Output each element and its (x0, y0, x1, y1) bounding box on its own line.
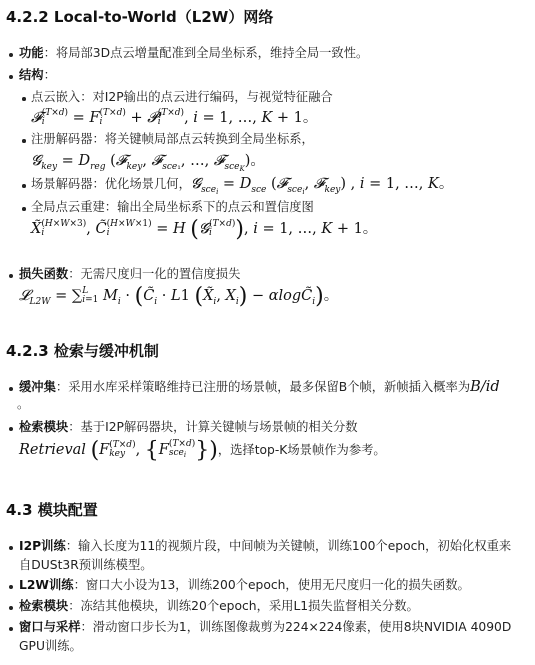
bullet-icon (22, 97, 26, 101)
section-heading-4-2-2: 4.2.2 Local-to-World（L2W）网络 (6, 6, 273, 27)
list-item-retrieval: 检索模块：基于I2P解码器块，计算关键帧与场景帧的相关分数 (19, 419, 358, 435)
bullet-icon (9, 274, 13, 278)
section-heading-4-3: 4.3 模块配置 (6, 499, 98, 520)
formula-insert-probability: B/id (470, 379, 499, 395)
bullet-icon (9, 606, 13, 610)
list-item-l2w-training: L2W训练：窗口大小设为13，训练200个epoch，使用无尺度归一化的损失函数… (19, 577, 470, 593)
formula-scene-decoder: 𝓖scei = Dsce (𝓕scei, 𝓕key) , i = 1, …, K… (191, 176, 454, 192)
list-item-i2p-training-cont: 自DUSt3R预训练模型。 (19, 557, 153, 573)
list-item-i2p-training: I2P训练：输入长度为11的视频片段，中间帧为关键帧，训练100个epoch，初… (19, 538, 511, 554)
bullet-icon (22, 139, 26, 143)
list-item-loss: 损失函数：无需尺度归一化的置信度损失 (19, 266, 240, 282)
list-item-function: 功能：将局部3D点云增量配准到全局坐标系，维持全局一致性。 (19, 45, 368, 61)
bullet-icon (22, 207, 26, 211)
bullet-icon (22, 184, 26, 188)
retrieval-formula-line: Retrieval (F(T×d)key, {F(T×d)scei})，选择to… (19, 438, 386, 463)
list-item-buffer: 缓冲集：采用水库采样策略维持已注册的场景帧，最多保留B个帧，新帧插入概率为B/i… (19, 379, 500, 395)
formula-registration-decoder: 𝓖key = Dreg (𝓕key, 𝓕sce₁, …, 𝓕sceK)。 (31, 149, 265, 173)
sub-item-point-embedding: 点云嵌入：对I2P输出的点云进行编码，与视觉特征融合 (31, 89, 333, 105)
list-item-window-sampling: 窗口与采样：滑动窗口步长为1，训练图像裁剪为224×224像素，使用8块NVID… (19, 619, 511, 635)
formula-retrieval: Retrieval (F(T×d)key, {F(T×d)scei}) (19, 442, 218, 458)
bullet-icon (9, 627, 13, 631)
formula-loss: 𝓛L2W = ∑Li=1 Mi · (C̃i · L1 (X̃i, Xi) − … (19, 284, 338, 309)
list-item-structure: 结构： (19, 67, 56, 83)
buffer-end-mark: 。 (17, 396, 29, 412)
bullet-icon (9, 53, 13, 57)
bullet-icon (9, 387, 13, 391)
bullet-icon (9, 546, 13, 550)
bullet-icon (9, 75, 13, 79)
sub-item-global-reconstruction: 全局点云重建：输出全局坐标系下的点云和置信度图 (31, 199, 314, 215)
sub-item-scene-decoder: 场景解码器：优化场景几何，𝓖scei = Dsce (𝓕scei, 𝓕key) … (31, 176, 453, 200)
bullet-icon (9, 585, 13, 589)
list-item-retrieval-module: 检索模块：冻结其他模块，训练20个epoch，采用L1损失监督相关分数。 (19, 598, 419, 614)
bullet-icon (9, 427, 13, 431)
formula-global-reconstruction: X̃(H×W×3)i, C̃(H×W×1)i = H (𝓖(T×d)i), i … (31, 217, 377, 242)
formula-point-embedding: 𝓕(T×d)i = F(T×d)i + 𝓟(T×d)i, i = 1, …, K… (31, 106, 317, 127)
section-heading-4-2-3: 4.2.3 检索与缓冲机制 (6, 340, 159, 361)
sub-item-registration-decoder: 注册解码器：将关键帧局部点云转换到全局坐标系， (31, 131, 314, 147)
list-item-window-sampling-cont: GPU训练。 (19, 638, 82, 654)
